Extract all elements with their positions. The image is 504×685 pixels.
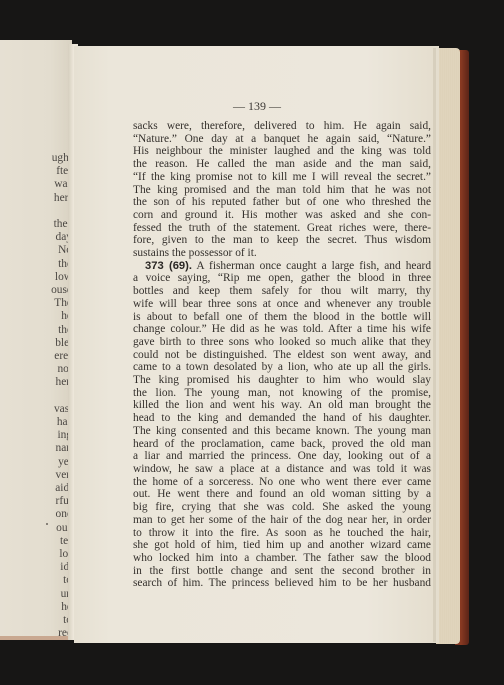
left-fragment: to (6, 614, 72, 627)
text-line: search of him. The princess believed him… (133, 577, 431, 590)
left-fragment: ter (6, 535, 72, 548)
left-page: ught fter was her- thes day No the low o… (0, 40, 72, 638)
text-line: His neighbour the minister laughed and t… (133, 145, 431, 158)
left-page-text: ught fter was her- thes day No the low o… (6, 152, 72, 640)
text-line: change colour.” He did as he was told. A… (133, 323, 431, 336)
left-fragment: vas, (6, 403, 72, 416)
left-fragment: yet (6, 456, 72, 469)
left-fragment: The (6, 297, 72, 310)
text-line: heard of the proclamation, came back, pr… (133, 438, 431, 451)
left-fragment: her- (6, 192, 72, 205)
text-line: is about to befall one of them the blood… (133, 311, 431, 324)
text-line: man to get her some of the hair of the d… (133, 514, 431, 527)
left-fragment: ouse (6, 284, 72, 297)
text-line: The king promised his daughter to him wh… (133, 374, 431, 387)
left-fragment: nan (6, 442, 72, 455)
text-line: The king consented and this became known… (133, 425, 431, 438)
left-fragment: ere- (6, 350, 72, 363)
text-line: head to the king and demanded the hand o… (133, 412, 431, 425)
page-crease (433, 48, 436, 642)
text-line: bottles and keep them safely for thou wi… (133, 285, 431, 298)
left-fragment: was (6, 178, 72, 191)
left-fragment: he (6, 601, 72, 614)
left-fragment: the (6, 324, 72, 337)
left-fragment: id, (6, 561, 72, 574)
left-fragment: day (6, 231, 72, 244)
left-fragment: ught (6, 152, 72, 165)
left-fragment: not (6, 363, 72, 376)
left-fragment: he (6, 310, 72, 323)
entry-number: 373 (69). (145, 260, 192, 272)
left-fragment: to (6, 574, 72, 587)
text-line: killed the lion and went his way. An old… (133, 399, 431, 412)
left-fragment: fter (6, 165, 72, 178)
text-line: who locked him into a chamber. The fathe… (133, 552, 431, 565)
text-line: big fire, crying that she was cold. She … (133, 501, 431, 514)
left-fragment: un (6, 588, 72, 601)
text-line: out. He went there and found an old woma… (133, 488, 431, 501)
left-fragment: has (6, 416, 72, 429)
text-line: The king promised and the man told him t… (133, 184, 431, 197)
text-line: the lion. The young man, not knowing of … (133, 387, 431, 400)
left-fragment: lor (6, 548, 72, 561)
text-line: in the first bottle change and sent the … (133, 565, 431, 578)
page-body-text: sacks were, therefore, delivered to him.… (133, 120, 431, 590)
left-fragment: aid, (6, 482, 72, 495)
text-line: corn and ground it. His mother was asked… (133, 209, 431, 222)
text-line: the son of his reputed father but of one… (133, 196, 431, 209)
text-line: a voice saying, “Rip me open, gather the… (133, 272, 431, 285)
text-line: to throw it into the fire. As soon as he… (133, 527, 431, 540)
text-line: fore, given to the man to keep the secre… (133, 234, 431, 247)
page-number: — 139 — (227, 99, 287, 114)
text-line: wife will bear three sons at once and wh… (133, 298, 431, 311)
left-fragment: ven (6, 469, 72, 482)
left-fragment: ing (6, 429, 72, 442)
left-fragment: ous (6, 522, 72, 535)
page-edges (436, 48, 460, 644)
text-line: “If the king promise not to kill me I wi… (133, 171, 431, 184)
text-line: a liar and married the princess. One day… (133, 450, 431, 463)
left-fragment: rful (6, 495, 72, 508)
text-line: sacks were, therefore, delivered to him.… (133, 120, 431, 133)
text-line: came to a town desolated by a lion, who … (133, 361, 431, 374)
text-line: sustains the possessor of it. (133, 247, 431, 260)
scan-background: ught fter was her- thes day No the low o… (0, 0, 504, 685)
left-fragment: thes (6, 218, 72, 231)
left-fragment: the (6, 258, 72, 271)
text-line: the reason. He called the man aside and … (133, 158, 431, 171)
left-fragment: low (6, 271, 72, 284)
text-line: gave birth to three sons who looked so m… (133, 336, 431, 349)
text-line: “Nature.” One day at a banquet he again … (133, 133, 431, 146)
paper-speck (46, 523, 48, 525)
text-line: she got hold of him, tied him up and ano… (133, 539, 431, 552)
left-fragment: hen (6, 376, 72, 389)
entry-first-line: 373 (69). A fisherman once caught a larg… (133, 260, 431, 273)
left-fragment: ble. (6, 337, 72, 350)
text-line: window, he saw a place at a distance and… (133, 463, 431, 476)
left-fragment: one (6, 508, 72, 521)
left-fragment: No (6, 244, 72, 257)
entry-first-line-text: A fisherman once caught a large fish, an… (196, 260, 431, 272)
text-line: fessed the truth of the statement. Great… (133, 222, 431, 235)
text-line: the home of a sorceress. No one who went… (133, 476, 431, 489)
text-line: could not be distinguished. The eldest s… (133, 349, 431, 362)
